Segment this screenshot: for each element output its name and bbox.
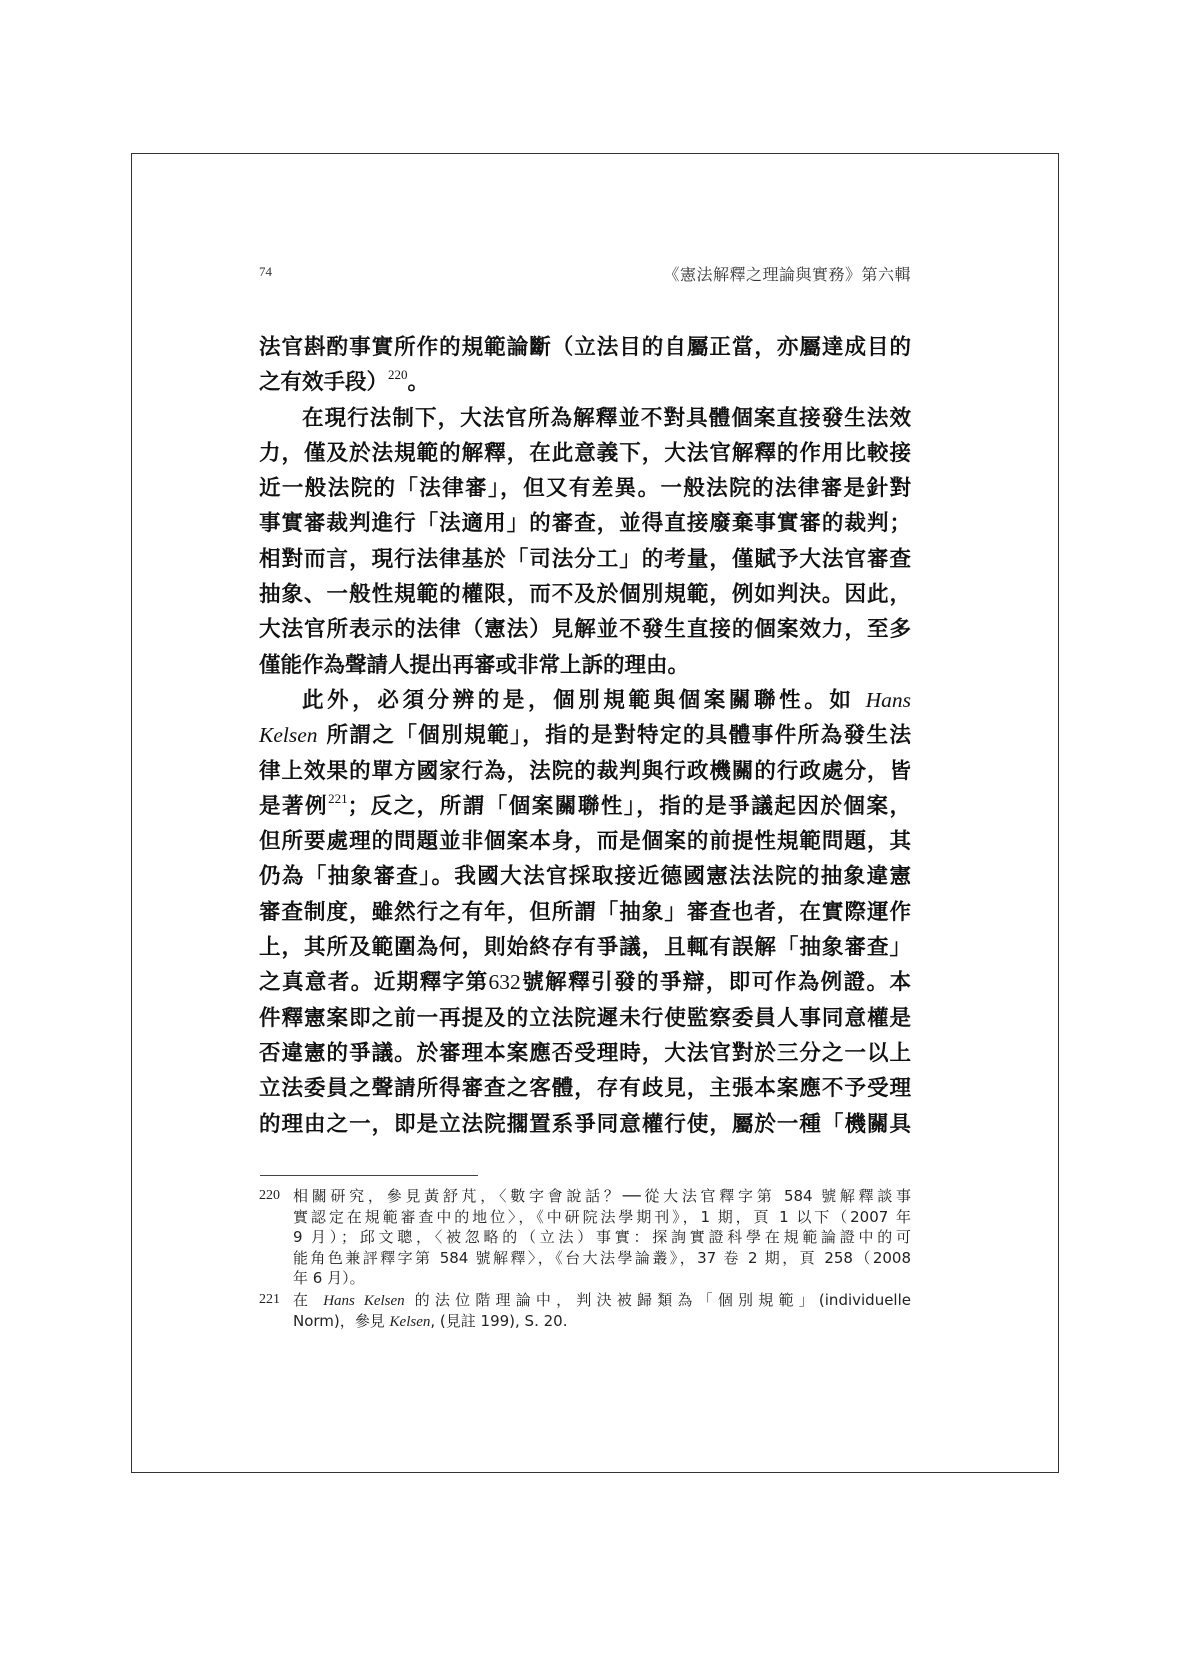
body-line: 此外，必須分辨的是，個別規範與個案關聯性。如 Hans (259, 683, 911, 718)
footnote-ref-221[interactable]: 221 (328, 791, 348, 806)
body-line: 之真意者。近期釋字第632號解釋引發的爭辯，即可作為例證。本 (259, 965, 911, 1000)
body-line: 審查制度，雖然行之有年，但所謂「抽象」審查也者，在實際運作 (259, 895, 911, 930)
body-line: 律上效果的單方國家行為，法院的裁判與行政機關的行政處分，皆 (259, 754, 911, 789)
body-line: 法官斟酌事實所作的規範論斷（立法目的自屬正當，亦屬達成目的 (259, 330, 911, 365)
running-head: 74 《憲法解釋之理論與實務》第六輯 (259, 262, 911, 284)
footnote-221: 221 在 Hans Kelsen 的法位階理論中，判決被歸類為「個別規範」(i… (259, 1290, 911, 1333)
body-line: 之有效手段）220。 (259, 365, 911, 400)
body-line: 是著例221；反之，所謂「個案關聯性」，指的是爭議起因於個案， (259, 789, 911, 824)
body-line: 的理由之一，即是立法院擱置系爭同意權行使，屬於一種「機關具 (259, 1107, 911, 1142)
body-line: 上，其所及範圍為何，則始終存有爭議，且輒有誤解「抽象審查」 (259, 930, 911, 965)
body-line: 件釋憲案即之前一再提及的立法院遲未行使監察委員人事同意權是 (259, 1001, 911, 1036)
body-line: 否違憲的爭議。於審理本案應否受理時，大法官對於三分之一以上 (259, 1036, 911, 1071)
page-number: 74 (259, 264, 272, 280)
footnote-number: 221 (259, 1290, 280, 1311)
body-line: 立法委員之聲請所得審查之客體，存有歧見，主張本案應不予受理 (259, 1071, 911, 1106)
footnotes: 220 相關研究，參見黃舒芃，〈數字會說話？──從大法官釋字第 584 號解釋談… (259, 1186, 911, 1334)
footnote-separator (260, 1175, 478, 1176)
body-line: 事實審裁判進行「法適用」的審查，並得直接廢棄事實審的裁判； (259, 506, 911, 541)
body-line: 仍為「抽象審查」。我國大法官採取接近德國憲法法院的抽象違憲 (259, 859, 911, 894)
body-line: 僅能作為聲請人提出再審或非常上訴的理由。 (259, 648, 911, 683)
body-line: 在現行法制下，大法官所為解釋並不對具體個案直接發生法效 (259, 401, 911, 436)
body-line: 大法官所表示的法律（憲法）見解並不發生直接的個案效力，至多 (259, 612, 911, 647)
body-line: 抽象、一般性規範的權限，而不及於個別規範，例如判決。因此， (259, 577, 911, 612)
footnote-line: 實認定在規範審查中的地位〉，《中研院法學期刊》，1 期，頁 1 以下（2007 … (293, 1207, 911, 1228)
footnote-line: 相關研究，參見黃舒芃，〈數字會說話？──從大法官釋字第 584 號解釋談事 (293, 1186, 911, 1207)
footnote-line: 在 Hans Kelsen 的法位階理論中，判決被歸類為「個別規範」(indiv… (293, 1290, 911, 1312)
body-line: Kelsen 所謂之「個別規範」，指的是對特定的具體事件所為發生法 (259, 718, 911, 753)
body-line: 相對而言，現行法律基於「司法分工」的考量，僅賦予大法官審查 (259, 542, 911, 577)
footnote-line: 年 6 月）。 (293, 1268, 911, 1289)
body-line: 近一般法院的「法律審」，但又有差異。一般法院的法律審是針對 (259, 471, 911, 506)
body-line: 但所要處理的問題並非個案本身，而是個案的前提性規範問題，其 (259, 824, 911, 859)
body-line: 力，僅及於法規範的解釋，在此意義下，大法官解釋的作用比較接 (259, 436, 911, 471)
footnote-ref-220[interactable]: 220 (388, 367, 408, 382)
footnote-line: 能角色兼評釋字第 584 號解釋〉，《台大法學論叢》，37 卷 2 期，頁 25… (293, 1248, 911, 1269)
footnote-line: 9 月）；邱文聰，〈被忽略的（立法）事實：探詢實證科學在規範論證中的可 (293, 1227, 911, 1248)
footnote-line: Norm)，參見 Kelsen, (見註 199), S. 20. (293, 1311, 911, 1333)
journal-title: 《憲法解釋之理論與實務》第六輯 (663, 262, 911, 285)
body-text: 法官斟酌事實所作的規範論斷（立法目的自屬正當，亦屬達成目的 之有效手段）220。… (259, 330, 911, 1142)
footnote-number: 220 (259, 1186, 280, 1207)
footnote-220: 220 相關研究，參見黃舒芃，〈數字會說話？──從大法官釋字第 584 號解釋談… (259, 1186, 911, 1289)
